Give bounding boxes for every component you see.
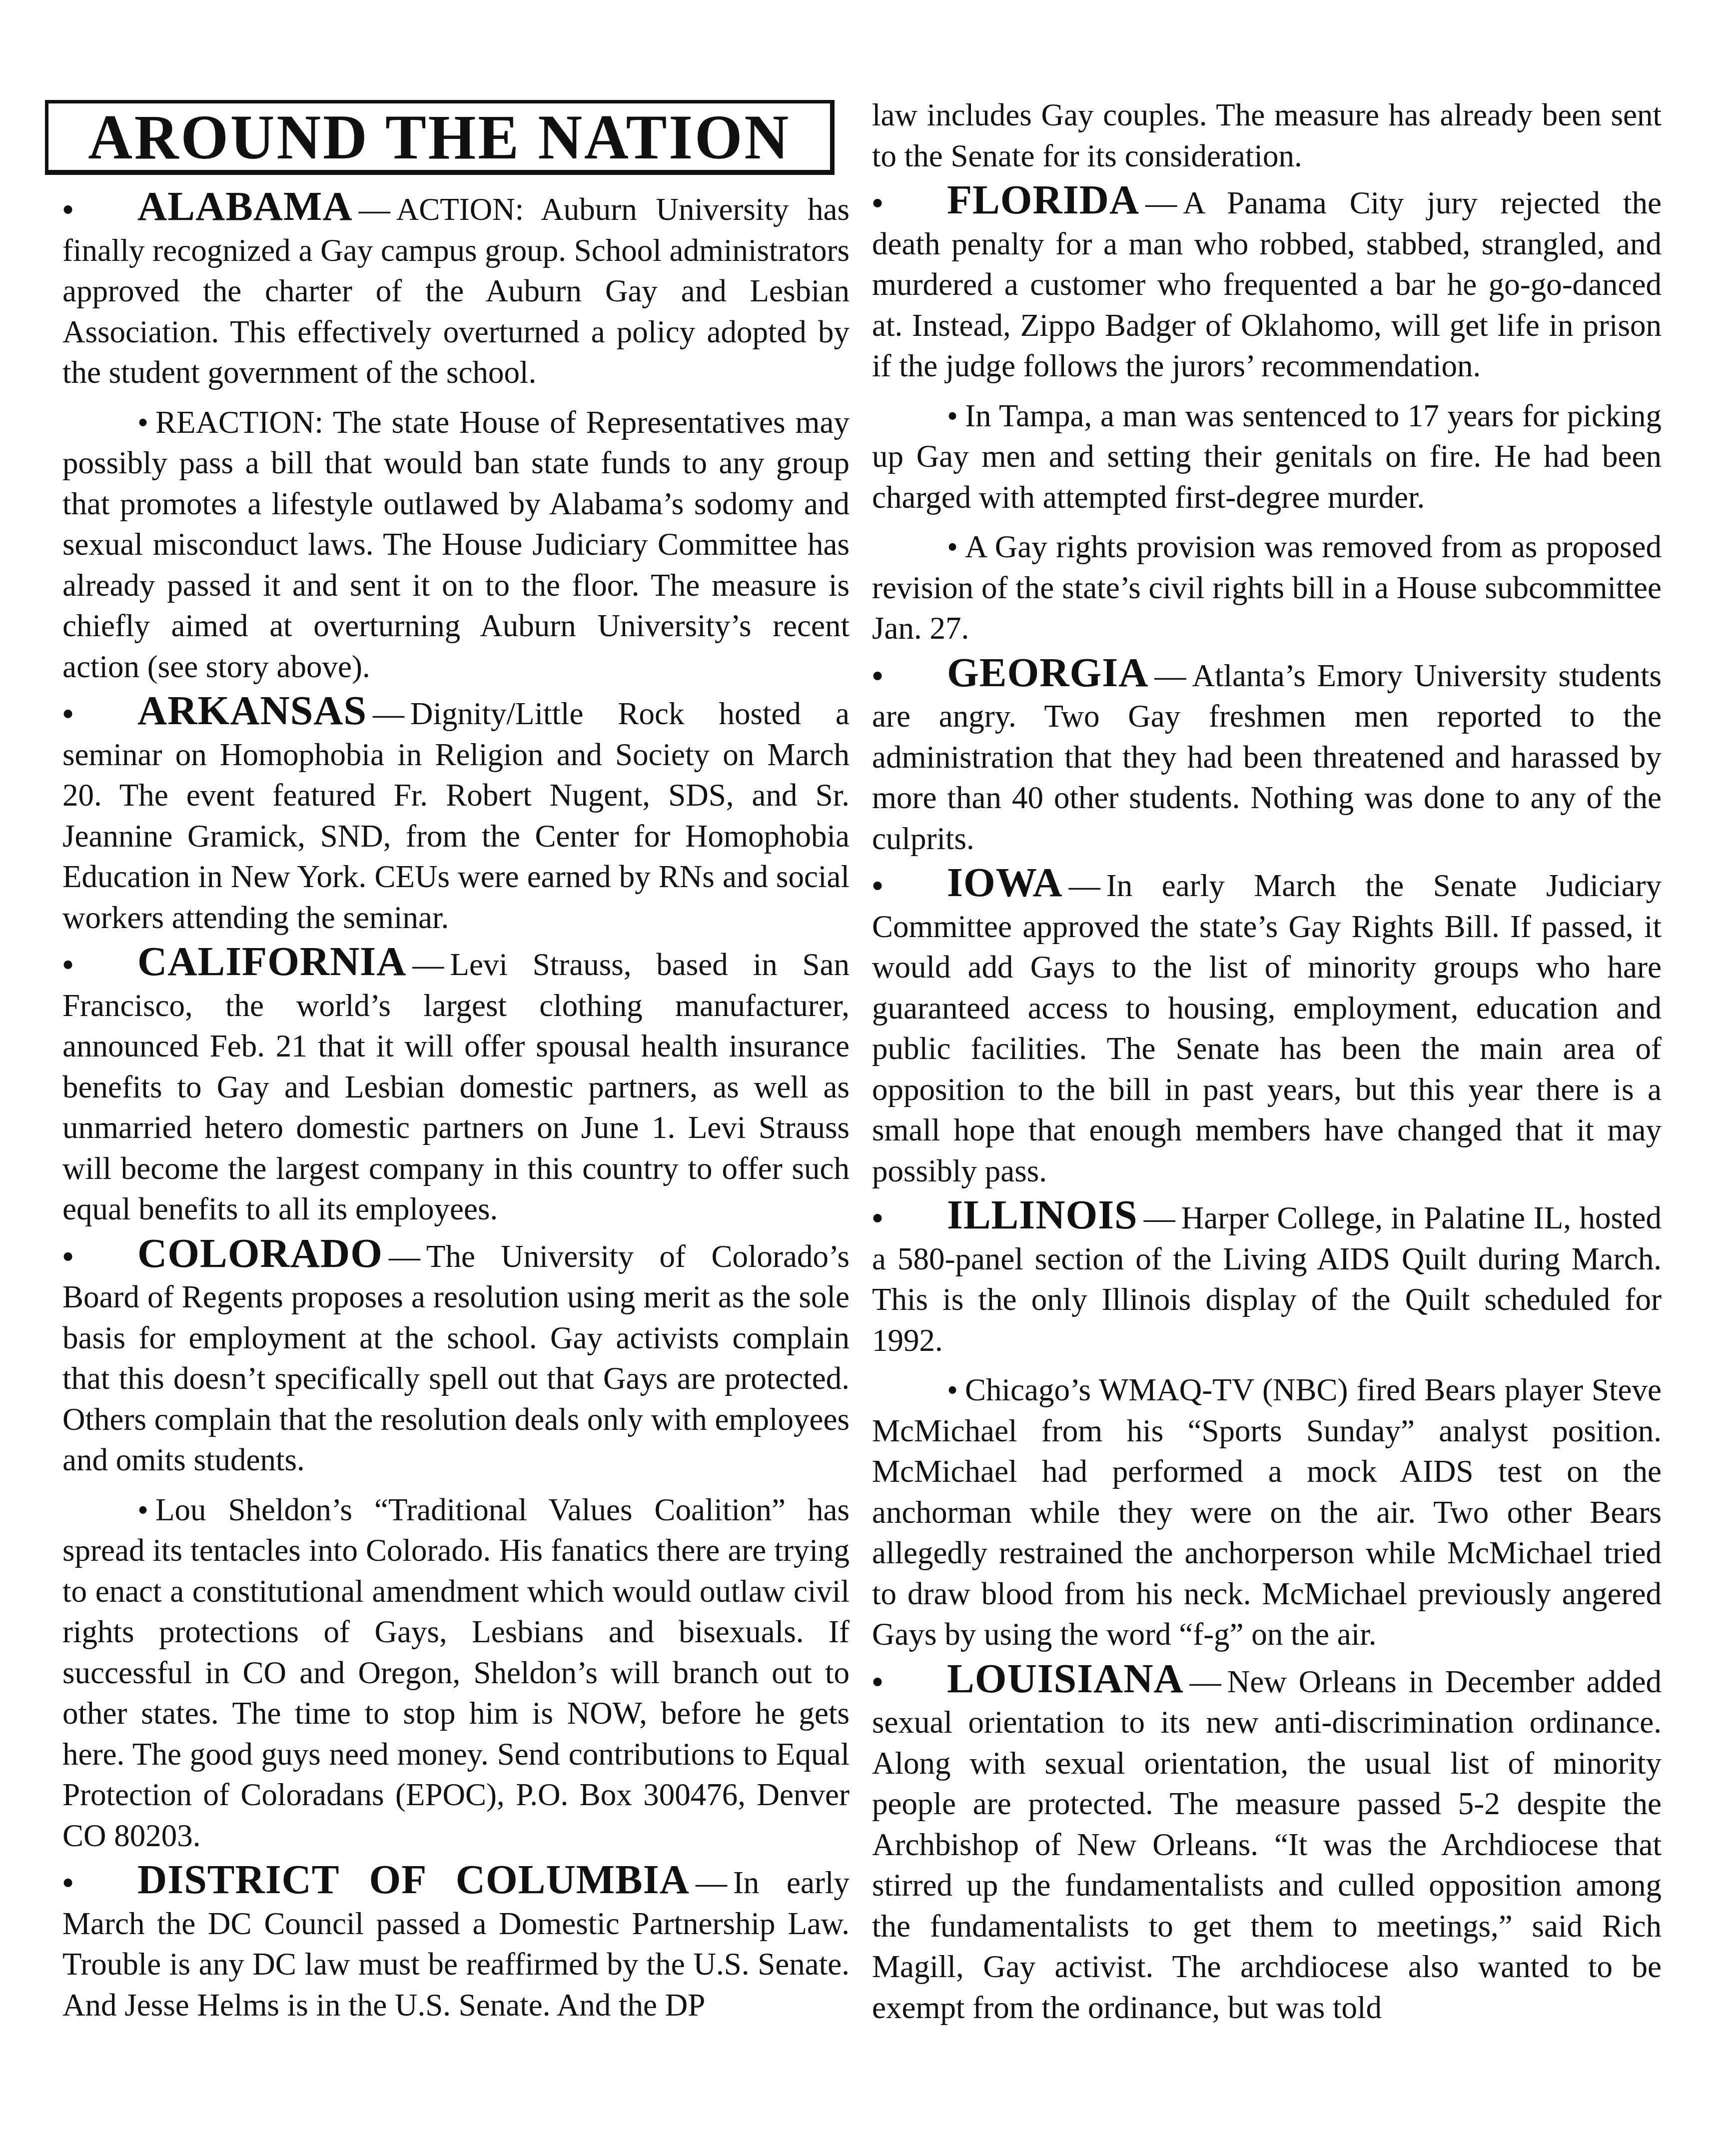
em-dash: — — [353, 192, 396, 227]
bullet-icon: • — [137, 1492, 148, 1527]
news-entry-california: •CALIFORNIA—Levi Strauss, based in San F… — [62, 941, 850, 1230]
bullet-icon: • — [872, 183, 947, 224]
state-heading: ILLINOIS — [947, 1192, 1138, 1237]
news-entry-colorado: •COLORADO—The University of Colorado’s B… — [62, 1233, 850, 1481]
em-dash: — — [383, 1239, 426, 1274]
em-dash: — — [1063, 868, 1106, 903]
news-subitem: •In Tampa, a man was sentenced to 17 yea… — [872, 396, 1662, 518]
em-dash: — — [367, 696, 410, 731]
continued-text: law includes Gay couples. The measure ha… — [872, 95, 1662, 176]
entry-text: Levi Strauss, based in San Francisco, th… — [62, 947, 850, 1226]
news-subitem: •REACTION: The state House of Representa… — [62, 402, 850, 688]
state-heading: DISTRICT OF COLUMBIA — [137, 1857, 690, 1902]
entry-text: New Orleans in December added sexual ori… — [872, 1664, 1662, 2025]
news-subitem: •A Gay rights provision was removed from… — [872, 527, 1662, 649]
news-entry-iowa: •IOWA—In early March the Senate Judiciar… — [872, 862, 1662, 1191]
subitem-text: A Gay rights provision was removed from … — [872, 529, 1662, 646]
right-column: law includes Gay couples. The measure ha… — [872, 95, 1662, 2028]
bullet-icon: • — [62, 189, 137, 230]
em-dash: — — [1148, 658, 1192, 693]
state-heading: COLORADO — [137, 1230, 383, 1276]
news-entry-illinois: •ILLINOIS—Harper College, in Palatine IL… — [872, 1194, 1662, 1361]
bullet-icon: • — [62, 1863, 137, 1904]
state-heading: ARKANSAS — [137, 688, 367, 733]
page-title: AROUND THE NATION — [88, 105, 791, 169]
em-dash: — — [1138, 1200, 1181, 1235]
news-entry-georgia: •GEORGIA—Atlanta’s Emory University stud… — [872, 652, 1662, 860]
bullet-icon: • — [62, 694, 137, 735]
state-heading: IOWA — [947, 860, 1063, 905]
em-dash: — — [1184, 1664, 1227, 1699]
bullet-icon: • — [137, 405, 148, 440]
news-entry-florida: •FLORIDA—A Panama City jury rejected the… — [872, 179, 1662, 387]
subitem-text: REACTION: The state House of Representat… — [62, 405, 850, 684]
entry-text: In early March the Senate Judiciary Comm… — [872, 868, 1662, 1188]
state-heading: CALIFORNIA — [137, 939, 406, 984]
news-entry-district-of-columbia: •DISTRICT OF COLUMBIA—In early March the… — [62, 1859, 850, 2026]
em-dash: — — [690, 1865, 733, 1900]
bullet-icon: • — [62, 945, 137, 986]
em-dash: — — [1139, 185, 1183, 220]
subitem-text: Chicago’s WMAQ-TV (NBC) fired Bears play… — [872, 1372, 1662, 1652]
news-subitem: •Chicago’s WMAQ-TV (NBC) fired Bears pla… — [872, 1370, 1662, 1655]
bullet-icon: • — [872, 1198, 947, 1239]
news-entry-louisiana: •LOUISIANA—New Orleans in December added… — [872, 1658, 1662, 2029]
news-subitem: •Lou Sheldon’s “Traditional Values Coali… — [62, 1490, 850, 1857]
bullet-icon: • — [947, 398, 958, 433]
state-heading: GEORGIA — [947, 650, 1148, 695]
left-column: •ALABAMA—ACTION: Auburn University has f… — [62, 186, 850, 2026]
bullet-icon: • — [872, 1662, 947, 1703]
news-entry-arkansas: •ARKANSAS—Dignity/Little Rock hosted a s… — [62, 690, 850, 938]
state-heading: LOUISIANA — [947, 1656, 1184, 1701]
page-title-box: AROUND THE NATION — [45, 100, 835, 175]
subitem-text: Lou Sheldon’s “Traditional Values Coalit… — [62, 1492, 850, 1853]
state-heading: FLORIDA — [947, 177, 1139, 222]
bullet-icon: • — [947, 529, 958, 564]
news-entry-alabama: •ALABAMA—ACTION: Auburn University has f… — [62, 186, 850, 393]
bullet-icon: • — [872, 866, 947, 907]
subitem-text: In Tampa, a man was sentenced to 17 year… — [872, 398, 1662, 515]
bullet-icon: • — [62, 1236, 137, 1277]
em-dash: — — [406, 947, 450, 982]
bullet-icon: • — [872, 656, 947, 697]
state-heading: ALABAMA — [137, 183, 353, 229]
bullet-icon: • — [947, 1372, 958, 1407]
